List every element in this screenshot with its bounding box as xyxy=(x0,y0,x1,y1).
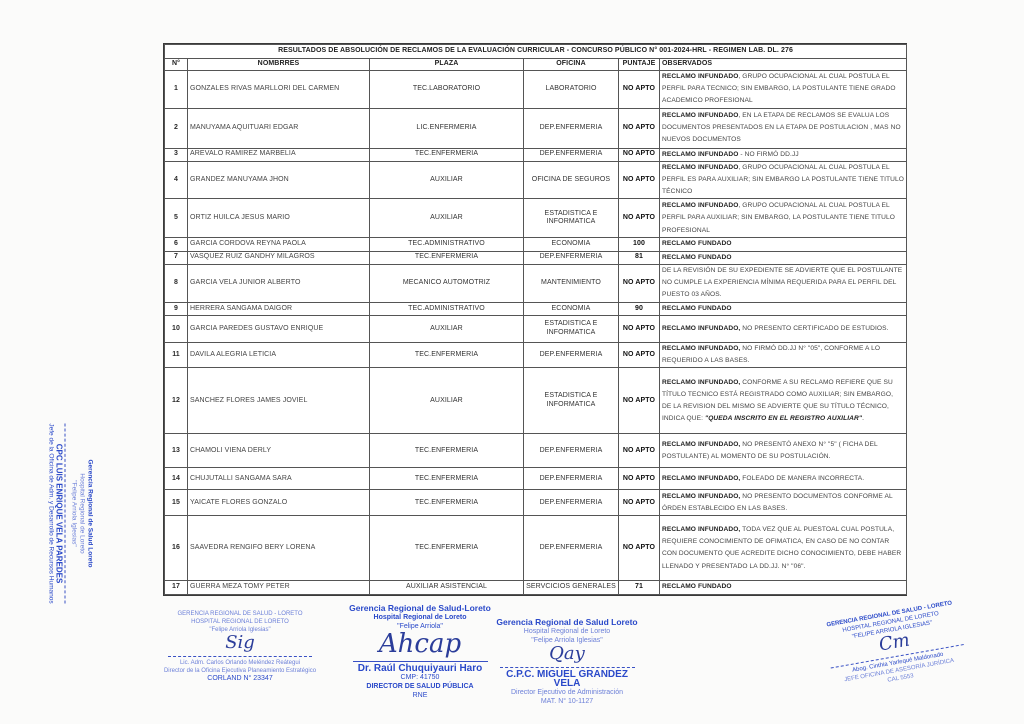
signer-role: Director Ejecutivo de Administración xyxy=(492,688,642,697)
observacion: RECLAMO FUNDADO xyxy=(660,581,907,594)
signer-role: Director de la Oficina Ejecutiva Planeam… xyxy=(160,667,320,675)
puntaje: 81 xyxy=(619,251,660,264)
row-number: 17 xyxy=(165,581,188,594)
observacion: RECLAMO INFUNDADO, GRUPO OCUPACIONAL AL … xyxy=(660,199,907,238)
plaza: TEC.ENFERMERIA xyxy=(370,148,524,161)
applicant-name: GARCIA CORDOVA REYNA PAOLA xyxy=(188,238,370,251)
row-number: 14 xyxy=(165,468,188,490)
row-number: 13 xyxy=(165,434,188,468)
puntaje: NO APTO xyxy=(619,368,660,434)
applicant-name: GARCIA VELA JUNIOR ALBERTO xyxy=(188,264,370,302)
signer-id: CMP: 41750 xyxy=(345,673,495,682)
table-row: 4GRANDEZ MANUYAMA JHONAUXILIAROFICINA DE… xyxy=(165,161,907,199)
stamp-asesoria-juridica: GERENCIA REGIONAL DE SALUD - LORETO HOSP… xyxy=(815,598,975,696)
observacion: RECLAMO INFUNDADO - NO FIRMÓ DD.JJ xyxy=(660,148,907,161)
puntaje: NO APTO xyxy=(619,468,660,490)
oficina: DEP.ENFERMERIA xyxy=(524,148,619,161)
plaza: AUXILIAR xyxy=(370,199,524,238)
plaza: TEC.ENFERMERIA xyxy=(370,490,524,516)
row-number: 5 xyxy=(165,199,188,238)
puntaje: NO APTO xyxy=(619,490,660,516)
oficina: DEP.ENFERMERIA xyxy=(524,343,619,368)
signer-id: CORLAND N° 23347 xyxy=(160,675,320,683)
observacion-verdict: RECLAMO INFUNDADO xyxy=(662,202,738,209)
header-names: NOMBRRES xyxy=(188,59,370,71)
signer-role: DIRECTOR DE SALUD PÚBLICA xyxy=(345,682,495,691)
observacion-verdict: RECLAMO INFUNDADO, xyxy=(662,325,740,332)
puntaje: 100 xyxy=(619,238,660,251)
oficina: ESTADISTICA E INFORMATICA xyxy=(524,199,619,238)
observacion-verdict: RECLAMO INFUNDADO, xyxy=(662,345,740,352)
observacion: RECLAMO INFUNDADO, GRUPO OCUPACIONAL AL … xyxy=(660,161,907,199)
plaza: TEC.ADMINISTRATIVO xyxy=(370,302,524,315)
plaza: TEC.ADMINISTRATIVO xyxy=(370,238,524,251)
stamp-line: Gerencia Regional de Salud Loreto xyxy=(86,414,94,614)
table-row: 8GARCIA VELA JUNIOR ALBERTOMECANICO AUTO… xyxy=(165,264,907,302)
table-row: 1GONZALES RIVAS MARLLORI DEL CARMENTEC.L… xyxy=(165,71,907,109)
oficina: LABORATORIO xyxy=(524,71,619,109)
applicant-name: VASQUEZ RUIZ GANDHY MILAGROS xyxy=(188,251,370,264)
table-row: 6GARCIA CORDOVA REYNA PAOLATEC.ADMINISTR… xyxy=(165,238,907,251)
stamp-recursos-humanos: Gerencia Regional de Salud Loreto Hospit… xyxy=(47,414,94,614)
observacion: RECLAMO INFUNDADO, GRUPO OCUPACIONAL AL … xyxy=(660,71,907,109)
oficina: DEP.ENFERMERIA xyxy=(524,251,619,264)
observacion-verdict: RECLAMO FUNDADO xyxy=(662,305,732,312)
table-title: RESULTADOS DE ABSOLUCIÓN DE RECLAMOS DE … xyxy=(165,45,907,59)
stamp-line: HOSPITAL REGIONAL DE LORETO xyxy=(160,618,320,626)
table-row: 16SAAVEDRA RENGIFO BERY LORENATEC.ENFERM… xyxy=(165,516,907,581)
oficina: DEP.ENFERMERIA xyxy=(524,490,619,516)
observacion-verdict: RECLAMO INFUNDADO, xyxy=(662,526,740,533)
observacion-verdict: RECLAMO INFUNDADO xyxy=(662,151,738,158)
row-number: 6 xyxy=(165,238,188,251)
plaza: LIC.ENFERMERIA xyxy=(370,108,524,148)
table-row: 9HERRERA SANGAMA DAIGORTEC.ADMINISTRATIV… xyxy=(165,302,907,315)
table-row: 5ORTIZ HUILCA JESUS MARIOAUXILIARESTADIS… xyxy=(165,199,907,238)
puntaje: NO APTO xyxy=(619,434,660,468)
plaza: TEC.LABORATORIO xyxy=(370,71,524,109)
puntaje: NO APTO xyxy=(619,108,660,148)
puntaje: 71 xyxy=(619,581,660,594)
table-row: 13CHAMOLI VIENA DERLYTEC.ENFERMERIADEP.E… xyxy=(165,434,907,468)
oficina: DEP.ENFERMERIA xyxy=(524,434,619,468)
table-row: 11DAVILA ALEGRIA LETICIATEC.ENFERMERIADE… xyxy=(165,343,907,368)
puntaje: NO APTO xyxy=(619,316,660,343)
row-number: 1 xyxy=(165,71,188,109)
observacion-verdict: RECLAMO FUNDADO xyxy=(662,240,732,247)
stamp-line: RNE xyxy=(345,691,495,700)
signer-name: C.P.C. MIGUEL GRANDEZ VELA xyxy=(492,670,642,688)
observacion: RECLAMO INFUNDADO, NO FIRMÓ DD.JJ N° "05… xyxy=(660,343,907,368)
table-row: 10GARCIA PAREDES GUSTAVO ENRIQUEAUXILIAR… xyxy=(165,316,907,343)
row-number: 16 xyxy=(165,516,188,581)
observacion-verdict: RECLAMO FUNDADO xyxy=(662,583,732,590)
applicant-name: HERRERA SANGAMA DAIGOR xyxy=(188,302,370,315)
stamp-salud-publica: Gerencia Regional de Salud-Loreto Hospit… xyxy=(345,604,495,700)
plaza: AUXILIAR xyxy=(370,368,524,434)
observacion: RECLAMO FUNDADO xyxy=(660,251,907,264)
oficina: OFICINA DE SEGUROS xyxy=(524,161,619,199)
puntaje: NO APTO xyxy=(619,343,660,368)
applicant-name: GUERRA MEZA TOMY PETER xyxy=(188,581,370,594)
row-number: 4 xyxy=(165,161,188,199)
signature: Sig xyxy=(160,634,320,652)
oficina: DEP.ENFERMERIA xyxy=(524,468,619,490)
plaza: AUXILIAR xyxy=(370,316,524,343)
table-row: 2MANUYAMA AQUITUARI EDGARLIC.ENFERMERIAD… xyxy=(165,108,907,148)
puntaje: NO APTO xyxy=(619,71,660,109)
plaza: AUXILIAR ASISTENCIAL xyxy=(370,581,524,594)
header-row: N° NOMBRRES PLAZA OFICINA PUNTAJE OBSERV… xyxy=(165,59,907,71)
signature: Ahcap xyxy=(345,631,495,657)
puntaje: NO APTO xyxy=(619,148,660,161)
observacion: RECLAMO INFUNDADO, FOLEADO DE MANERA INC… xyxy=(660,468,907,490)
applicant-name: GRANDEZ MANUYAMA JHON xyxy=(188,161,370,199)
observacion-detail: NO PRESENTO CERTIFICADO DE ESTUDIOS. xyxy=(740,325,888,332)
header-observados: OBSERVADOS xyxy=(660,59,907,71)
row-number: 10 xyxy=(165,316,188,343)
oficina: ESTADISTICA E INFORMATICA xyxy=(524,368,619,434)
observacion-detail: DE LA REVISIÓN DE SU EXPEDIENTE SE ADVIE… xyxy=(662,267,902,298)
applicant-name: CHAMOLI VIENA DERLY xyxy=(188,434,370,468)
plaza: TEC.ENFERMERIA xyxy=(370,468,524,490)
applicant-name: MANUYAMA AQUITUARI EDGAR xyxy=(188,108,370,148)
table-row: 7VASQUEZ RUIZ GANDHY MILAGROSTEC.ENFERME… xyxy=(165,251,907,264)
row-number: 3 xyxy=(165,148,188,161)
plaza: AUXILIAR xyxy=(370,161,524,199)
plaza: TEC.ENFERMERIA xyxy=(370,434,524,468)
applicant-name: GARCIA PAREDES GUSTAVO ENRIQUE xyxy=(188,316,370,343)
applicant-name: DAVILA ALEGRIA LETICIA xyxy=(188,343,370,368)
results-table: RESULTADOS DE ABSOLUCIÓN DE RECLAMOS DE … xyxy=(164,44,907,595)
observacion: RECLAMO FUNDADO xyxy=(660,302,907,315)
observacion-verdict: RECLAMO INFUNDADO, xyxy=(662,475,740,482)
puntaje: NO APTO xyxy=(619,161,660,199)
observacion-detail: - NO FIRMÓ DD.JJ xyxy=(738,151,798,158)
applicant-name: AREVALO RAMIREZ MARBELIA xyxy=(188,148,370,161)
applicant-name: SANCHEZ FLORES JAMES JOVIEL xyxy=(188,368,370,434)
stamp-line: GERENCIA REGIONAL DE SALUD - LORETO xyxy=(160,610,320,618)
observacion: RECLAMO INFUNDADO, NO PRESENTÓ ANEXO N° … xyxy=(660,434,907,468)
oficina: DEP.ENFERMERIA xyxy=(524,108,619,148)
plaza: MECANICO AUTOMOTRIZ xyxy=(370,264,524,302)
results-table-container: RESULTADOS DE ABSOLUCIÓN DE RECLAMOS DE … xyxy=(163,43,907,596)
signer-name: Dr. Raúl Chuquiyauri Haro xyxy=(345,664,495,673)
oficina: DEP.ENFERMERIA xyxy=(524,516,619,581)
stamp-line: Hospital Regional de Loreto xyxy=(492,627,642,636)
stamp-line: Hospital Regional de Loreto xyxy=(345,613,495,622)
observacion: RECLAMO FUNDADO xyxy=(660,238,907,251)
observacion: RECLAMO INFUNDADO, CONFORME A SU RECLAMO… xyxy=(660,368,907,434)
table-row: 3AREVALO RAMIREZ MARBELIATEC.ENFERMERIAD… xyxy=(165,148,907,161)
applicant-name: GONZALES RIVAS MARLLORI DEL CARMEN xyxy=(188,71,370,109)
puntaje: NO APTO xyxy=(619,264,660,302)
row-number: 11 xyxy=(165,343,188,368)
applicant-name: CHUJUTALLI SANGAMA SARA xyxy=(188,468,370,490)
observacion-end: . xyxy=(862,415,864,422)
signer-name: Lic. Adm. Carlos Orlando Meléndez Reáteg… xyxy=(160,659,320,667)
observacion-verdict: RECLAMO INFUNDADO xyxy=(662,112,738,119)
header-plaza: PLAZA xyxy=(370,59,524,71)
signature: Qay xyxy=(492,645,642,663)
stamp-administracion: Gerencia Regional de Salud Loreto Hospit… xyxy=(492,618,642,706)
oficina: SERVCICIOS GENERALES xyxy=(524,581,619,594)
row-number: 7 xyxy=(165,251,188,264)
stamp-line: Gerencia Regional de Salud Loreto xyxy=(492,618,642,627)
observacion-detail: FOLEADO DE MANERA INCORRECTA. xyxy=(740,475,864,482)
applicant-name: SAAVEDRA RENGIFO BERY LORENA xyxy=(188,516,370,581)
puntaje: NO APTO xyxy=(619,516,660,581)
observacion-verdict: RECLAMO INFUNDADO, xyxy=(662,379,740,386)
header-oficina: OFICINA xyxy=(524,59,619,71)
observacion: RECLAMO INFUNDADO, NO PRESENTO CERTIFICA… xyxy=(660,316,907,343)
plaza: TEC.ENFERMERIA xyxy=(370,251,524,264)
signer-id: MAT. N° 10-1127 xyxy=(492,697,642,706)
observacion-verdict: RECLAMO INFUNDADO xyxy=(662,164,738,171)
observacion-verdict: RECLAMO INFUNDADO xyxy=(662,73,738,80)
row-number: 15 xyxy=(165,490,188,516)
observacion-verdict: RECLAMO INFUNDADO, xyxy=(662,441,740,448)
observacion: RECLAMO INFUNDADO, TODA VEZ QUE AL PUEST… xyxy=(660,516,907,581)
stamp-line: Gerencia Regional de Salud-Loreto xyxy=(345,604,495,613)
puntaje: NO APTO xyxy=(619,199,660,238)
applicant-name: YAICATE FLORES GONZALO xyxy=(188,490,370,516)
observacion: RECLAMO INFUNDADO, EN LA ETAPA DE RECLAM… xyxy=(660,108,907,148)
table-row: 15YAICATE FLORES GONZALOTEC.ENFERMERIADE… xyxy=(165,490,907,516)
puntaje: 90 xyxy=(619,302,660,315)
oficina: MANTENIMIENTO xyxy=(524,264,619,302)
row-number: 8 xyxy=(165,264,188,302)
oficina: ECONOMIA xyxy=(524,238,619,251)
plaza: TEC.ENFERMERIA xyxy=(370,516,524,581)
signer-name: CPC LUIS ENRIQUE VELA PAREDES xyxy=(55,414,63,614)
oficina: ECONOMIA xyxy=(524,302,619,315)
header-number: N° xyxy=(165,59,188,71)
observacion: DE LA REVISIÓN DE SU EXPEDIENTE SE ADVIE… xyxy=(660,264,907,302)
row-number: 12 xyxy=(165,368,188,434)
table-row: 12SANCHEZ FLORES JAMES JOVIELAUXILIAREST… xyxy=(165,368,907,434)
table-row: 14CHUJUTALLI SANGAMA SARATEC.ENFERMERIAD… xyxy=(165,468,907,490)
stamp-planeamiento: GERENCIA REGIONAL DE SALUD - LORETO HOSP… xyxy=(160,610,320,683)
header-puntaje: PUNTAJE xyxy=(619,59,660,71)
stamp-line: "Felipe Arriola Iglesias" xyxy=(70,414,78,614)
applicant-name: ORTIZ HUILCA JESUS MARIO xyxy=(188,199,370,238)
oficina: ESTADISTICA E INFORMATICA xyxy=(524,316,619,343)
stamp-line: Hospital Regional de Loreto xyxy=(78,414,86,614)
observacion-verdict: RECLAMO FUNDADO xyxy=(662,254,732,261)
observacion-quote: "QUEDA INSCRITO EN EL REGISTRO AUXILIAR" xyxy=(705,415,862,422)
observacion-verdict: RECLAMO INFUNDADO, xyxy=(662,493,740,500)
signer-role: Jefe de la Oficina de Adm. y Desarrollo … xyxy=(47,414,55,614)
row-number: 2 xyxy=(165,108,188,148)
table-row: 17GUERRA MEZA TOMY PETERAUXILIAR ASISTEN… xyxy=(165,581,907,594)
row-number: 9 xyxy=(165,302,188,315)
observacion: RECLAMO INFUNDADO, NO PRESENTO DOCUMENTO… xyxy=(660,490,907,516)
plaza: TEC.ENFERMERIA xyxy=(370,343,524,368)
